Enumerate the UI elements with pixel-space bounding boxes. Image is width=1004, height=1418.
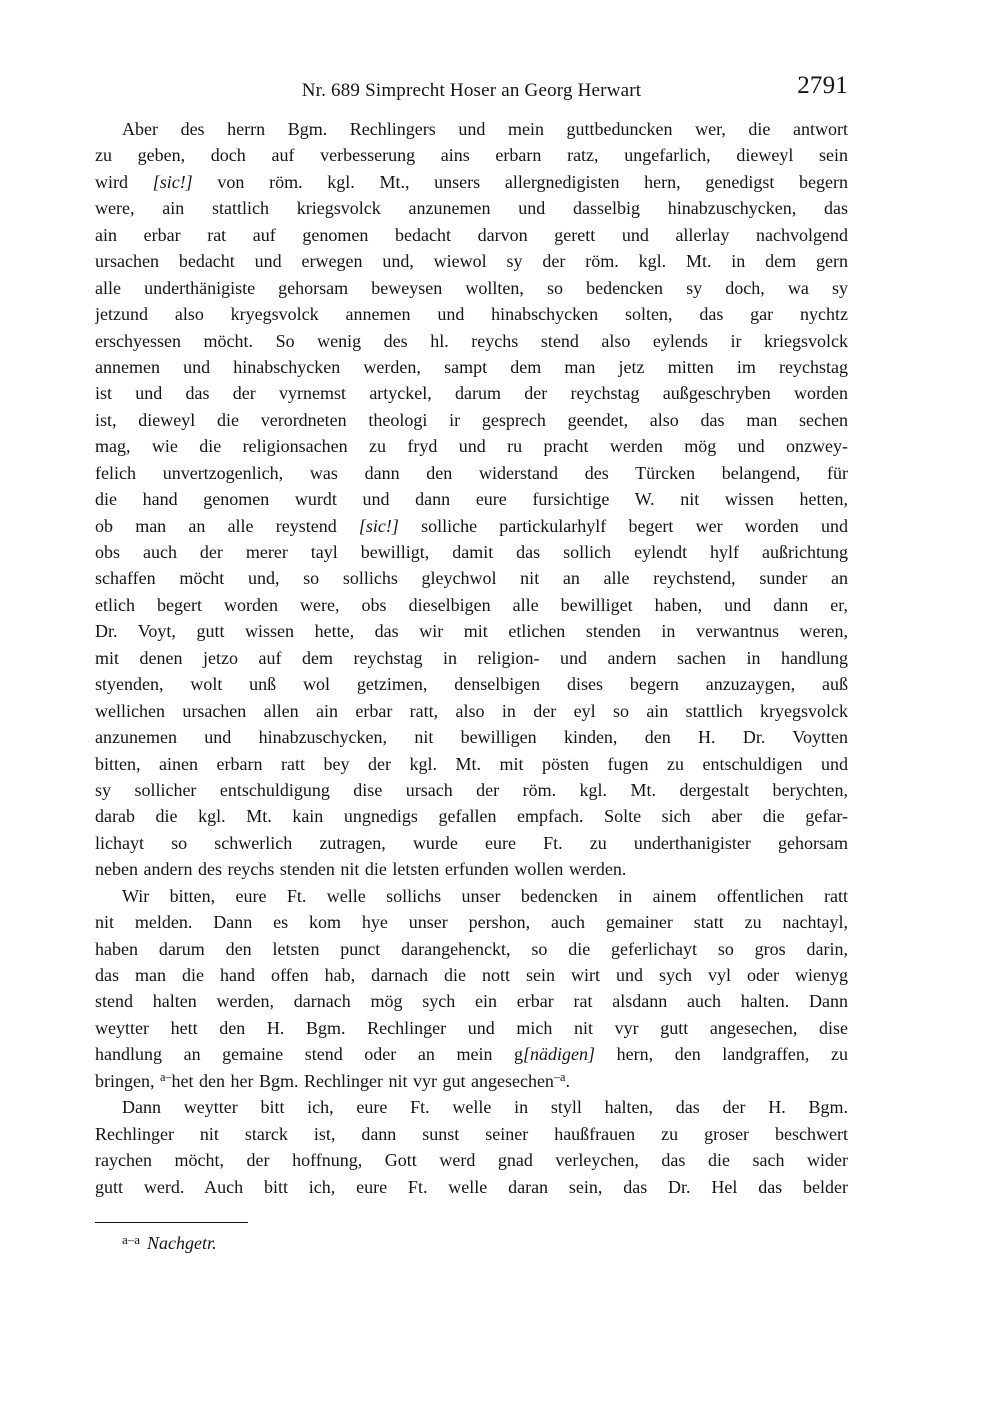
text-line: neben andern des reychs stenden nit die … bbox=[95, 856, 848, 882]
footnote: a–aNachgetr. bbox=[95, 1231, 875, 1256]
text-line: gutt werd. Auch bitt ich, eure Ft. welle… bbox=[95, 1174, 848, 1200]
text-line: Rechlinger nit starck ist, dann sunst se… bbox=[95, 1121, 848, 1147]
text-line: zu geben, doch auf verbesserung ains erb… bbox=[95, 142, 848, 168]
text-line: haben darum den letsten punct darangehen… bbox=[95, 936, 848, 962]
apparatus-marker: –a bbox=[554, 1070, 566, 1084]
text-line: Wir bitten, eure Ft. welle sollichs unse… bbox=[95, 883, 848, 909]
text-line: jetzund also kryegsvolck annemen und hin… bbox=[95, 301, 848, 327]
text-line: sy sollicher entschuldigung dise ursach … bbox=[95, 777, 848, 803]
text-line: weytter hett den H. Bgm. Rechlinger und … bbox=[95, 1015, 848, 1041]
text-line: felich unvertzogenlich, was dann den wid… bbox=[95, 460, 848, 486]
footnote-text: Nachgetr. bbox=[147, 1233, 217, 1253]
text-line: etlich begert worden were, obs dieselbig… bbox=[95, 592, 848, 618]
text-line: obs auch der merer tayl bewilligt, damit… bbox=[95, 539, 848, 565]
page-number: 2791 bbox=[797, 73, 848, 99]
footnote-marker: a–a bbox=[122, 1232, 140, 1247]
text-line: alle underthänigiste gehorsam beweysen w… bbox=[95, 275, 848, 301]
text-line: ob man an alle reystend [sic!] solliche … bbox=[95, 513, 848, 539]
text-line: mag, wie die religionsachen zu fryd und … bbox=[95, 433, 848, 459]
text-line: annemen und hinabschycken werden, sampt … bbox=[95, 354, 848, 380]
paragraph: Dann weytter bitt ich, eure Ft. welle in… bbox=[95, 1094, 848, 1200]
text-line: ist, dieweyl die verordneten theologi ir… bbox=[95, 407, 848, 433]
book-page: Nr. 689 Simprecht Hoser an Georg Herwart… bbox=[0, 0, 1004, 1418]
text-line: wellichen ursachen allen ain erbar ratt,… bbox=[95, 698, 848, 724]
text-line: darab die kgl. Mt. kain ungnedigs gefall… bbox=[95, 803, 848, 829]
paragraph: Wir bitten, eure Ft. welle sollichs unse… bbox=[95, 883, 848, 1095]
footnote-separator-rule bbox=[95, 1222, 248, 1223]
text-line: Dr. Voyt, gutt wissen hette, das wir mit… bbox=[95, 618, 848, 644]
apparatus-marker: a– bbox=[160, 1070, 172, 1084]
text-line: Aber des herrn Bgm. Rechlingers und mein… bbox=[95, 116, 848, 142]
editorial-insertion: [sic!] bbox=[153, 172, 193, 192]
text-line: schaffen möcht und, so sollichs gleychwo… bbox=[95, 565, 848, 591]
page-header: Nr. 689 Simprecht Hoser an Georg Herwart… bbox=[95, 78, 848, 104]
text-line: das man die hand offen hab, darnach die … bbox=[95, 962, 848, 988]
editorial-insertion: [nädigen] bbox=[523, 1044, 595, 1064]
text-line: were, ain stattlich kriegsvolck anzuneme… bbox=[95, 195, 848, 221]
text-line: stend halten werden, darnach mög sych ei… bbox=[95, 988, 848, 1014]
text-line: ain erbar rat auf genomen bedacht darvon… bbox=[95, 222, 848, 248]
letter-body-text: Aber des herrn Bgm. Rechlingers und mein… bbox=[95, 116, 848, 1200]
text-line: handlung an gemaine stend oder an mein g… bbox=[95, 1041, 848, 1067]
text-line: bitten, ainen erbarn ratt bey der kgl. M… bbox=[95, 751, 848, 777]
text-line: raychen möcht, der hoffnung, Gott werd g… bbox=[95, 1147, 848, 1173]
text-line: ist und das der vyrnemst artyckel, darum… bbox=[95, 380, 848, 406]
text-line: wird [sic!] von röm. kgl. Mt., unsers al… bbox=[95, 169, 848, 195]
text-line: anzunemen und hinabzuschycken, nit bewil… bbox=[95, 724, 848, 750]
text-line: mit denen jetzo auf dem reychstag in rel… bbox=[95, 645, 848, 671]
text-line: die hand genomen wurdt und dann eure fur… bbox=[95, 486, 848, 512]
text-line: styenden, wolt unß wol getzimen, denselb… bbox=[95, 671, 848, 697]
running-title: Nr. 689 Simprecht Hoser an Georg Herwart bbox=[302, 80, 642, 101]
paragraph: Aber des herrn Bgm. Rechlingers und mein… bbox=[95, 116, 848, 883]
text-line: nit melden. Dann es kom hye unser persho… bbox=[95, 909, 848, 935]
text-line: ursachen bedacht und erwegen und, wiewol… bbox=[95, 248, 848, 274]
page-content: Nr. 689 Simprecht Hoser an Georg Herwart… bbox=[95, 0, 848, 1418]
text-line: erschyessen möcht. So wenig des hl. reyc… bbox=[95, 328, 848, 354]
text-line: bringen, a–het den her Bgm. Rechlinger n… bbox=[95, 1068, 848, 1094]
text-line: Dann weytter bitt ich, eure Ft. welle in… bbox=[95, 1094, 848, 1120]
text-line: lichayt so schwerlich zutragen, wurde eu… bbox=[95, 830, 848, 856]
editorial-insertion: [sic!] bbox=[359, 516, 399, 536]
